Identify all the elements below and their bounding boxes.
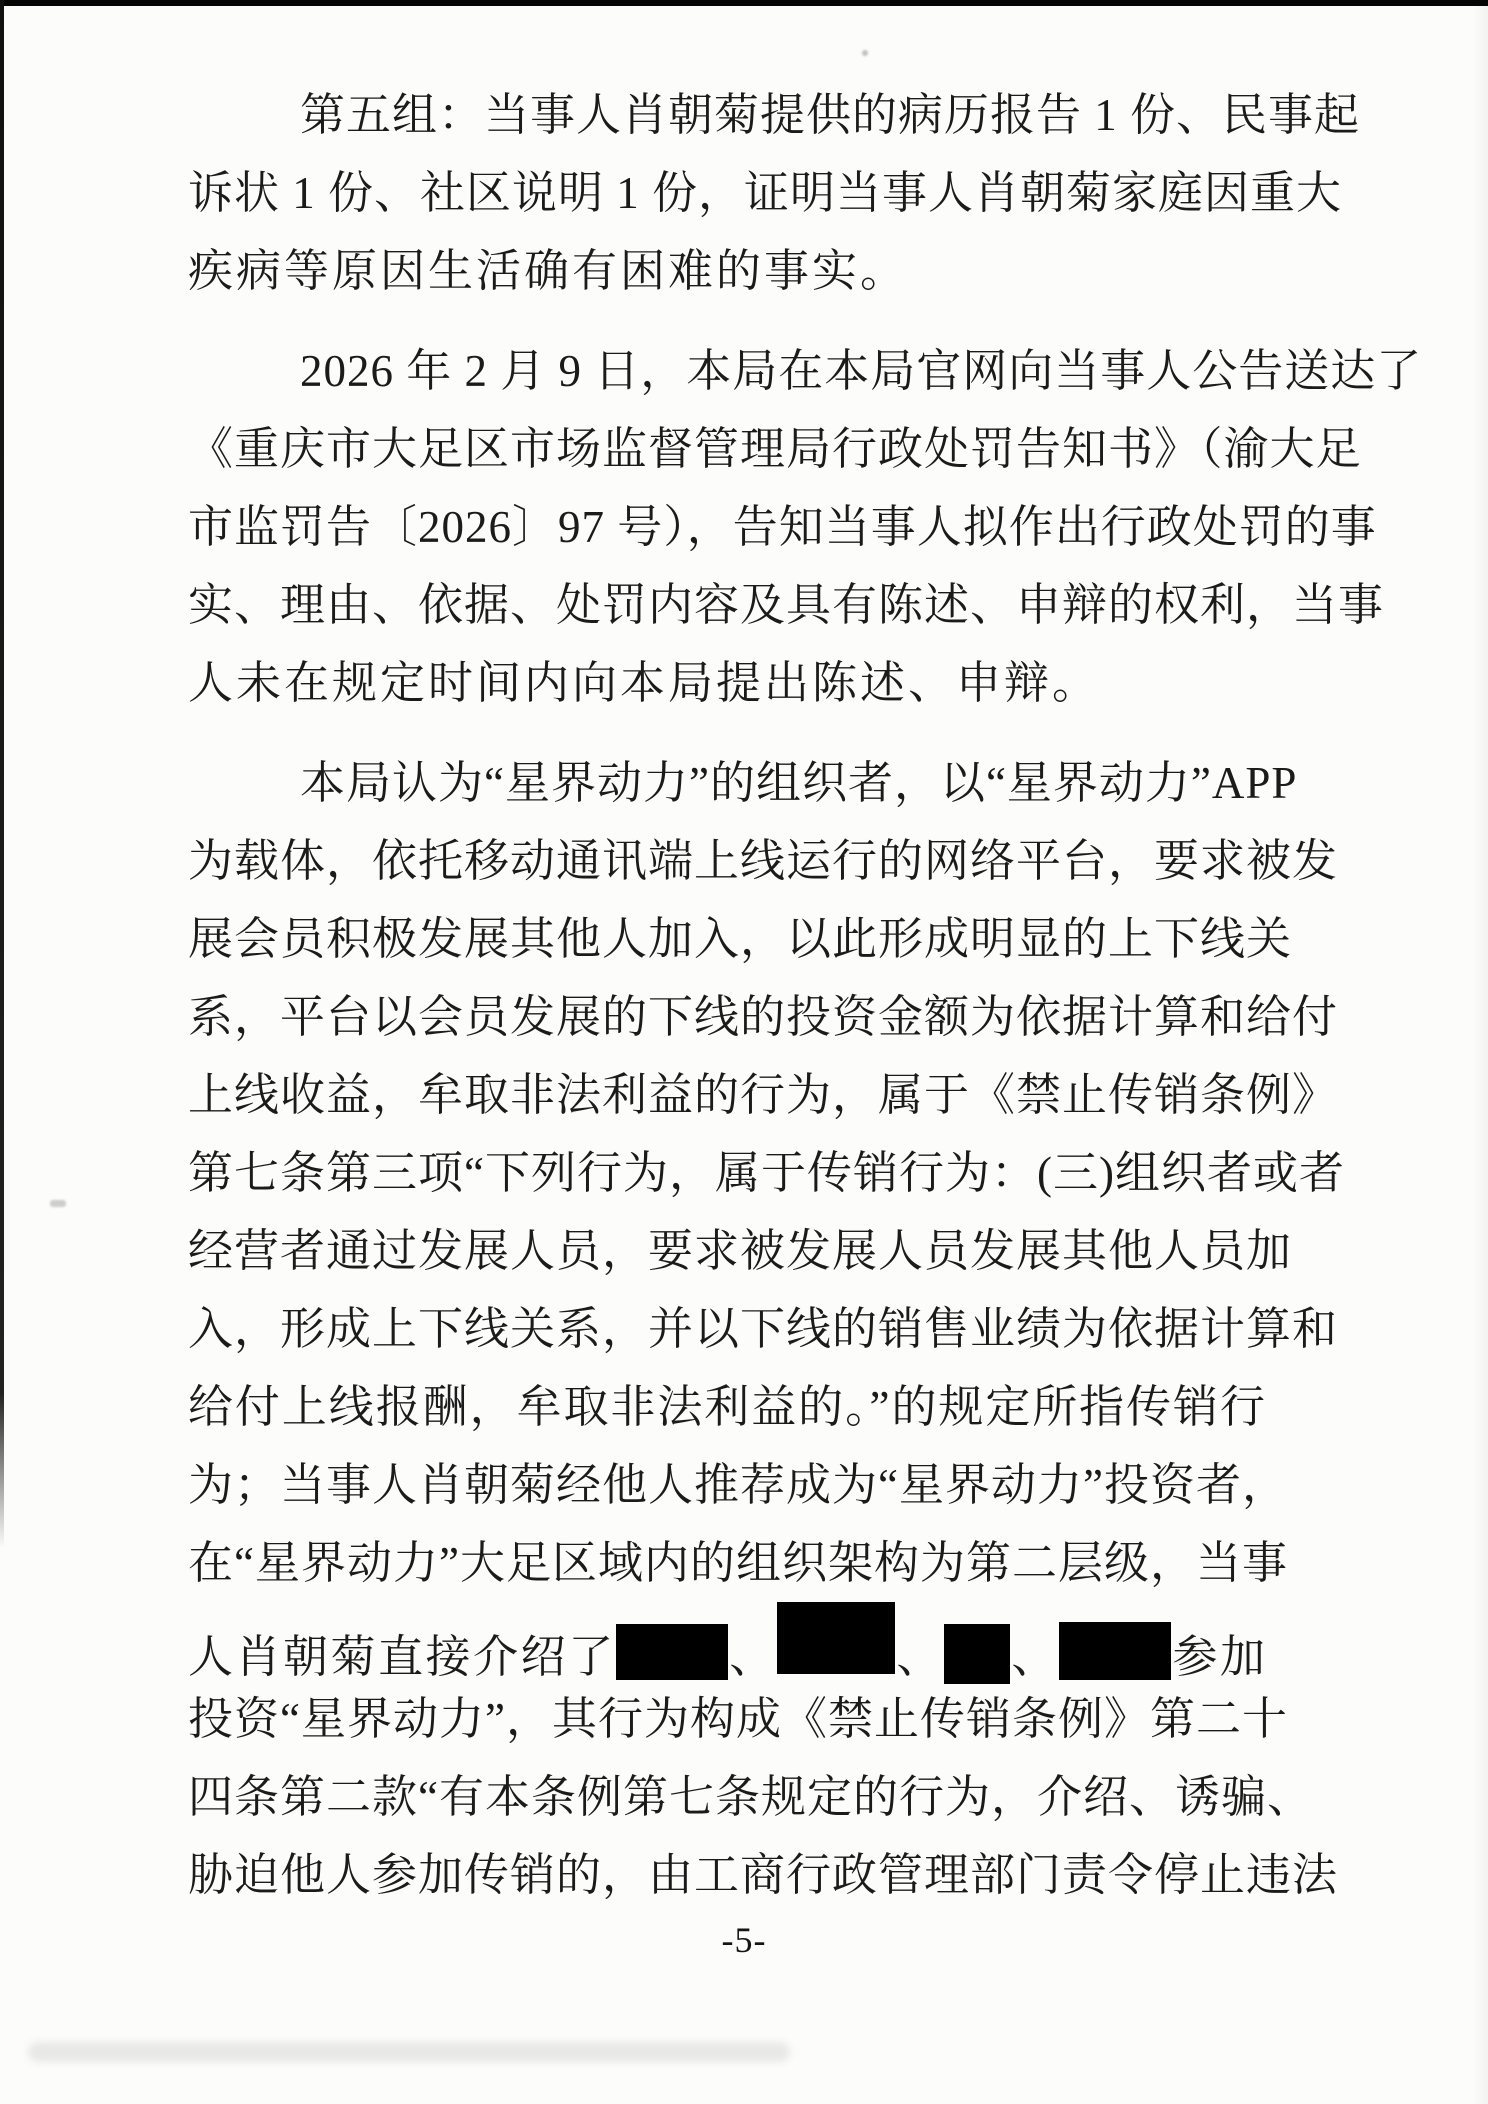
redacted-line-separator: 、	[1010, 1632, 1059, 1682]
text-line-redacted: 人肖朝菊直接介绍了、、、参加	[188, 1602, 1266, 1680]
page-number: -5-	[0, 1918, 1488, 1962]
text-line: 系，平台以会员发展的下线的投资金额为依据计算和给付	[188, 978, 1266, 1056]
text-line: 胁迫他人参加传销的，由工商行政管理部门责令停止违法	[188, 1836, 1266, 1914]
text-line: 第五组：当事人肖朝菊提供的病历报告 1 份、民事起	[188, 76, 1266, 154]
document-page-text: 第五组：当事人肖朝菊提供的病历报告 1 份、民事起 诉状 1 份、社区说明 1 …	[188, 76, 1266, 1914]
scan-artifact-speck	[50, 1200, 66, 1207]
text-line: 投资“星界动力”，其行为构成《禁止传销条例》第二十	[188, 1680, 1266, 1758]
redaction-box	[616, 1624, 728, 1680]
text-line: 四条第二款“有本条例第七条规定的行为，介绍、诱骗、	[188, 1758, 1266, 1836]
scan-artifact-dot	[862, 50, 868, 56]
text-line: 在“星界动力”大足区域内的组织架构为第二层级，当事	[188, 1524, 1266, 1602]
scan-edge-right-shade	[1472, 0, 1488, 2104]
text-line: 为；当事人肖朝菊经他人推荐成为“星界动力”投资者，	[188, 1446, 1266, 1524]
text-line: 实、理由、依据、处罚内容及具有陈述、申辩的权利，当事	[188, 566, 1266, 644]
text-line: 展会员积极发展其他人加入，以此形成明显的上下线关	[188, 900, 1266, 978]
redacted-line-prefix: 人肖朝菊直接介绍了	[188, 1632, 616, 1682]
redaction-box	[944, 1624, 1010, 1684]
text-line: 给付上线报酬，牟取非法利益的。”的规定所指传销行	[188, 1368, 1266, 1446]
text-line: 第七条第三项“下列行为，属于传销行为：(三)组织者或者	[188, 1134, 1266, 1212]
scan-edge-left	[0, 0, 4, 1548]
scan-artifact-smudge	[28, 2042, 790, 2062]
redacted-line-separator: 、	[728, 1632, 777, 1682]
redaction-box	[1059, 1622, 1171, 1680]
text-line: 经营者通过发展人员，要求被发展人员发展其他人员加	[188, 1212, 1266, 1290]
redacted-line-suffix: 参加	[1171, 1632, 1266, 1682]
text-line: 疾病等原因生活确有困难的事实。	[188, 232, 1266, 310]
text-line: 2026 年 2 月 9 日，本局在本局官网向当事人公告送达了	[188, 332, 1266, 410]
text-line: 本局认为“星界动力”的组织者，以“星界动力”APP	[188, 744, 1266, 822]
redacted-line-separator: 、	[895, 1632, 944, 1682]
text-line: 诉状 1 份、社区说明 1 份，证明当事人肖朝菊家庭因重大	[188, 154, 1266, 232]
redaction-box	[777, 1602, 895, 1674]
text-line: 入，形成上下线关系，并以下线的销售业绩为依据计算和	[188, 1290, 1266, 1368]
text-line: 上线收益，牟取非法利益的行为，属于《禁止传销条例》	[188, 1056, 1266, 1134]
text-line: 市监罚告〔2026〕97 号），告知当事人拟作出行政处罚的事	[188, 488, 1266, 566]
text-line: 为载体，依托移动通讯端上线运行的网络平台，要求被发	[188, 822, 1266, 900]
scan-edge-top	[0, 0, 1488, 6]
text-line: 人未在规定时间内向本局提出陈述、申辩。	[188, 644, 1266, 722]
text-line: 《重庆市大足区市场监督管理局行政处罚告知书》（渝大足	[188, 410, 1266, 488]
